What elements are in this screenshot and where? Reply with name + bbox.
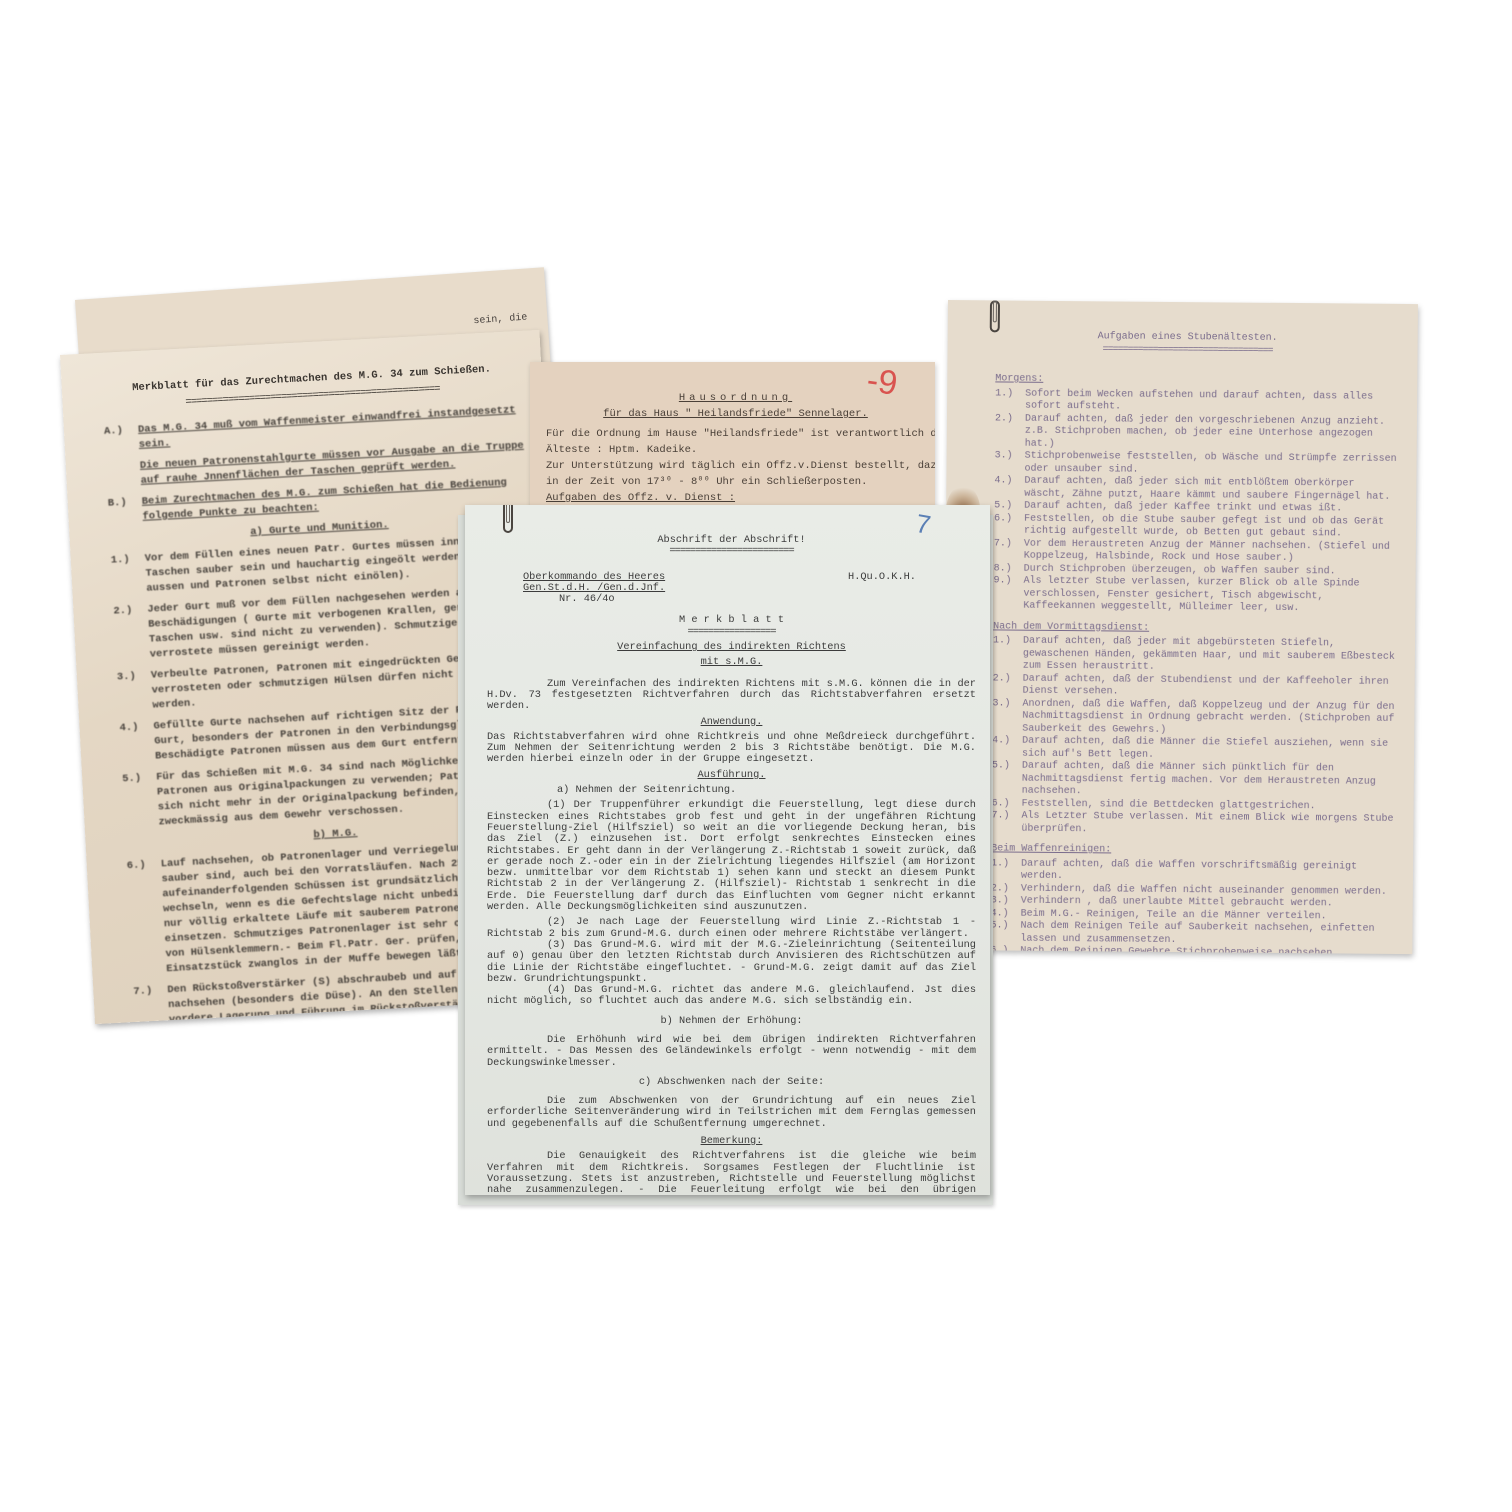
item-number: 6.): [990, 945, 1020, 954]
subsection-heading: a) Nehmen der Seitenrichtung.: [487, 785, 976, 796]
item-number: 1.): [991, 858, 1021, 883]
list-item: 7.)Vor dem Heraustreten Anzug der Männer…: [994, 538, 1398, 567]
item-number: 4.): [992, 735, 1022, 760]
item-number: 1.): [993, 635, 1023, 673]
section-heading: Beim Waffenreinigen:: [991, 843, 1395, 859]
item-text: Stichprobenweise feststellen, ob Wäsche …: [1024, 451, 1398, 479]
section-heading: Anwendung.: [487, 717, 976, 728]
text-line: Älteste : Hptm. Kadeike.: [546, 442, 925, 458]
item-number: 3.): [991, 895, 1021, 908]
paperclip-icon: [503, 505, 513, 533]
list-item: 4.)Darauf achten, daß jeder sich mit ent…: [994, 475, 1398, 504]
item-number: 3.): [992, 698, 1022, 736]
top-fragment-text: sein, die: [473, 313, 528, 328]
list-item: 7.)Als Letzter Stube verlassen. Mit eine…: [991, 810, 1395, 839]
item-number: 3.): [994, 450, 1024, 475]
handwritten-page-number: -9: [866, 372, 898, 392]
item-number: 5.): [122, 771, 159, 833]
paragraph: (1) Der Truppenführer erkundigt die Feue…: [487, 800, 976, 913]
list-item: 1.)Darauf achten, daß die Waffen vorschr…: [991, 858, 1395, 887]
item-text: Darauf achten, daß die Waffen vorschrift…: [1021, 858, 1395, 886]
item-number: 4.): [991, 908, 1021, 921]
reference-number: Nr. 46/4o: [523, 594, 665, 605]
header-block: Oberkommando des Heeres Gen.St.d.H. /Gen…: [487, 572, 976, 606]
item-text: Darauf achten, daß jeder sich mit entblö…: [1024, 476, 1398, 504]
paperclip-icon: [990, 300, 1000, 332]
item-text: Darauf achten, daß die Männer sich pünkt…: [1022, 761, 1396, 802]
item-number: 6.): [994, 513, 1024, 538]
item-number: 2.): [993, 673, 1023, 698]
subject-line: mit s.M.G.: [487, 657, 976, 668]
item-text: Nach dem Reinigen Teile auf Sauberkeit n…: [1020, 921, 1394, 949]
list-item: 9.)Als letzter Stube verlassen, kurzer B…: [993, 575, 1397, 616]
item-number: 2.): [995, 413, 1025, 451]
item-number: 1.): [995, 388, 1025, 413]
item-text: Sofort beim Wecken aufstehen und darauf …: [1025, 388, 1399, 416]
text-line: Zur Unterstützung wird täglich ein Offz.…: [546, 458, 925, 474]
paragraph: Die zum Abschwenken von der Grundrichtun…: [487, 1096, 976, 1130]
item-number: 5.): [992, 760, 1022, 798]
front-sheet-abschrift: 7 Abschrift der Abschrift! =============…: [465, 505, 990, 1195]
item-number: 5.): [994, 500, 1024, 513]
paragraph: (3) Das Grund-M.G. wird mit der M.G.-Zie…: [487, 940, 976, 985]
item-text: Anordnen, daß die Waffen, daß Koppelzeug…: [1022, 698, 1396, 739]
item-number: 8.): [994, 563, 1024, 576]
item-text: Vor dem Heraustreten Anzug der Männer na…: [1024, 538, 1398, 566]
paragraph: Das Richtstabverfahren wird ohne Richtkr…: [487, 732, 976, 766]
item-text: Darauf achten, daß jeder den vorgeschrie…: [1025, 413, 1399, 454]
section-heading: Bemerkung:: [487, 1136, 976, 1147]
list-item: 5.)Nach dem Reinigen Teile auf Sauberkei…: [990, 920, 1394, 949]
list-item: 2.)Darauf achten, daß jeder den vorgesch…: [995, 413, 1399, 454]
subsection-heading: b) Nehmen der Erhöhung:: [487, 1016, 976, 1027]
headquarters-location: H.Qu.O.K.H.: [848, 572, 916, 606]
item-number: 5.): [990, 920, 1020, 945]
item-number: 4.): [994, 475, 1024, 500]
item-number: 7.): [991, 810, 1021, 835]
item-number: 7.): [994, 538, 1024, 563]
handwritten-page-number: 7: [915, 518, 931, 532]
text-line: Für die Ordnung im Hause "Heilandsfriede…: [546, 426, 925, 442]
item-number: 7.): [133, 983, 172, 1024]
text-line: Aufgaben des Offz. v. Dienst :: [546, 490, 925, 506]
section-heading: Ausführung.: [487, 770, 976, 781]
intro-paragraph: Zum Vereinfachen des indirekten Richtens…: [487, 679, 976, 713]
list-item: 5.)Darauf achten, daß die Männer sich pü…: [992, 760, 1396, 801]
paragraph: (4) Das Grund-M.G. richtet das andere M.…: [487, 985, 976, 1008]
title-rule: ==================================: [976, 343, 1400, 359]
list-item: 4.)Darauf achten, daß die Männer die Sti…: [992, 735, 1396, 764]
item-text: Als letzter Stube verlassen, kurzer Blic…: [1023, 576, 1397, 617]
item-number: 2.): [113, 603, 150, 665]
paragraph: (2) Je nach Lage der Feuerstellung wird …: [487, 917, 976, 940]
item-number: 9.): [993, 575, 1023, 613]
doc-type-rule: =================: [487, 627, 976, 638]
item-number: 2.): [991, 883, 1021, 896]
right-sheet-stubenaeltester: Aufgaben eines Stubenältesten. =========…: [942, 300, 1418, 954]
list-item: 1.)Sofort beim Wecken aufstehen und dara…: [995, 388, 1399, 417]
item-text: Als Letzter Stube verlassen. Mit einem B…: [1021, 811, 1395, 839]
section-heading: Nach dem Vormittagsdienst:: [993, 621, 1397, 637]
item-text: Feststellen, ob die Stube sauber gefegt …: [1024, 513, 1398, 541]
item-text: Darauf achten, daß der Stubendienst und …: [1023, 673, 1397, 701]
item-number: 4.): [119, 720, 155, 767]
paragraph: Die Erhöhunh wird wie bei dem übrigen in…: [487, 1035, 976, 1069]
subject-line: Vereinfachung des indirekten Richtens: [487, 642, 976, 653]
subsection-heading: c) Abschwenken nach der Seite:: [487, 1077, 976, 1088]
item-number: 1.): [110, 552, 146, 599]
list-item: 6.)Feststellen, ob die Stube sauber gefe…: [994, 513, 1398, 542]
item-number: 3.): [117, 669, 153, 716]
text-line: in der Zeit von 17³⁰ - 8⁰⁰ Uhr ein Schli…: [546, 474, 925, 490]
item-number: 6.): [992, 798, 1022, 811]
list-item: 1.)Darauf achten, daß jeder mit abgebürs…: [993, 635, 1397, 676]
list-item: 3.)Stichprobenweise feststellen, ob Wäsc…: [994, 450, 1398, 479]
paragraph: Die Genauigkeit des Richtverfahrens ist …: [487, 1151, 976, 1195]
item-text: Darauf achten, daß die Männer die Stiefe…: [1022, 736, 1396, 764]
list-item: 2.)Darauf achten, daß der Stubendienst u…: [993, 673, 1397, 702]
title-rule: ========================: [487, 546, 976, 557]
item-text: Darauf achten, daß jeder mit abgebürstet…: [1023, 636, 1397, 677]
middle-sheet-subtitle: für das Haus " Heilandsfriede" Sennelage…: [546, 406, 925, 422]
list-item: 3.)Anordnen, daß die Waffen, daß Koppelz…: [992, 698, 1396, 739]
section-heading: Morgens:: [995, 373, 1399, 389]
